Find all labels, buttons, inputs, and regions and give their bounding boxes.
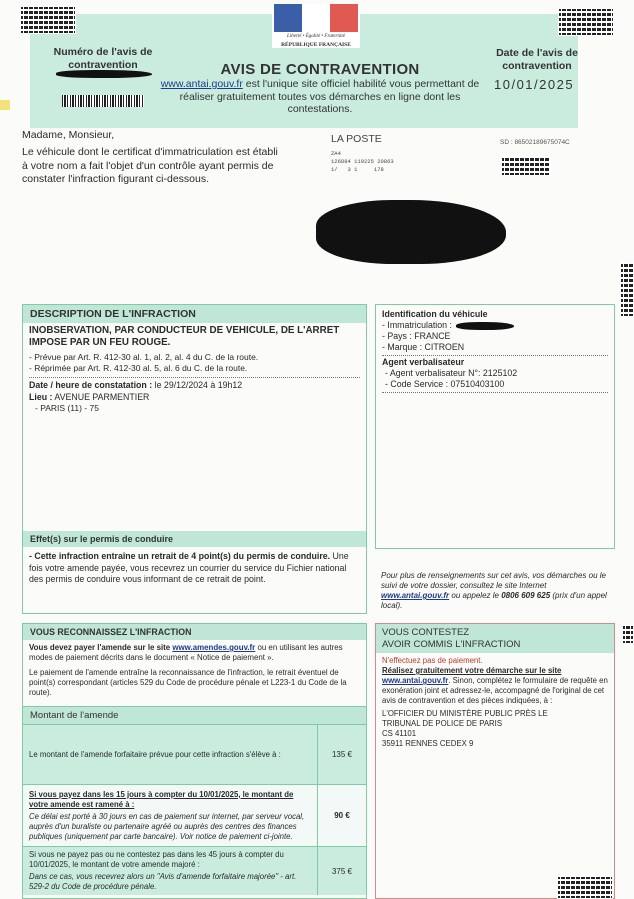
sd-code: SD : 86502189675074C (500, 139, 570, 146)
contest-warning: N'effectuez pas de paiement. (382, 656, 608, 666)
contest-free-action: Réalisez gratuitement votre démarche sur… (382, 666, 608, 676)
datamatrix-code (620, 262, 634, 317)
service-code: - Code Service : 07510403100 (382, 379, 608, 393)
amount-value: 90 € (318, 785, 366, 846)
amount-row: Le montant de l'amende forfaitaire prévu… (23, 724, 366, 784)
datamatrix-code (622, 624, 634, 644)
yellow-marker (0, 100, 10, 110)
payment-instructions: Vous devez payer l'amende sur le site ww… (29, 643, 360, 663)
agent-heading: Agent verbalisateur (382, 357, 608, 368)
redacted-notice-number (56, 70, 152, 78)
postal-codes: ZA4 126884 119225 20863 1/ 3 1 178 (331, 150, 394, 174)
salutation: Madame, Monsieur, (22, 129, 114, 143)
amount-row: Si vous payez dans les 15 jours à compte… (23, 784, 366, 846)
contest-instructions: www.antai.gouv.fr. Sinon, complétez le f… (382, 676, 608, 706)
notice-date-value: 10/01/2025 (494, 77, 574, 92)
contest-address: L'OFFICIER DU MINISTÈRE PUBLIC PRÈS LE T… (382, 709, 608, 749)
payment-consequence: Le paiement de l'amende entraîne la reco… (29, 668, 360, 698)
amount-value: 375 € (318, 847, 366, 895)
description-heading: DESCRIPTION DE L'INFRACTION (23, 305, 366, 323)
intro-text: Le véhicule dont le certificat d'immatri… (22, 146, 284, 187)
datamatrix-code (557, 876, 613, 899)
amount-heading: Montant de l'amende (23, 706, 366, 724)
contest-box: VOUS CONTESTEZ AVOIR COMMIS L'INFRACTION… (375, 623, 615, 899)
antai-contest-link[interactable]: www.antai.gouv.fr (382, 676, 448, 685)
amount-row: Si vous ne payez pas ou ne contestez pas… (23, 846, 366, 895)
amount-table: Le montant de l'amende forfaitaire prévu… (23, 724, 366, 895)
vehicle-country: - Pays : FRANCE (382, 331, 608, 342)
info-text: Pour plus de renseignements sur cet avis… (381, 571, 613, 611)
notice-number-label: Numéro de l'avis de contravention (48, 46, 158, 72)
postal-carrier: LA POSTE (331, 133, 382, 145)
description-box: DESCRIPTION DE L'INFRACTION INOBSERVATIO… (22, 304, 367, 614)
datamatrix-code (20, 6, 76, 34)
page-title: AVIS DE CONTRAVENTION (215, 61, 425, 78)
vehicle-box: Identification du véhicule - Immatricula… (375, 304, 615, 549)
punished-by: - Réprimée par Art. R. 412-30 al. 5, al.… (29, 363, 360, 378)
agent-number: - Agent verbalisateur N°: 2125102 (382, 368, 608, 379)
barcode (62, 95, 144, 107)
amount-value: 135 € (318, 725, 366, 784)
notice-date-label: Date de l'avis de contravention (482, 47, 592, 73)
license-effect: - Cette infraction entraîne un retrait d… (23, 547, 366, 590)
antai-link[interactable]: www.antai.gouv.fr (161, 78, 243, 90)
provided-by: - Prévue par Art. R. 412-30 al. 1, al. 2… (29, 352, 360, 363)
datamatrix-code (558, 8, 614, 36)
antai-info-link[interactable]: www.antai.gouv.fr (381, 591, 449, 600)
contest-heading: VOUS CONTESTEZ AVOIR COMMIS L'INFRACTION (376, 624, 614, 653)
tagline: www.antai.gouv.fr est l'unique site offi… (150, 78, 490, 116)
republique-francaise-logo: Liberté • Égalité • Fraternité RÉPUBLIQU… (272, 4, 360, 48)
amendes-link[interactable]: www.amendes.gouv.fr (172, 643, 255, 652)
offense-city: - PARIS (11) - 75 (29, 403, 360, 414)
phone-number: 0806 609 625 (501, 591, 550, 600)
offense-title: INOBSERVATION, PAR CONDUCTEUR DE VEHICUL… (29, 325, 360, 349)
license-heading: Effet(s) sur le permis de conduire (23, 531, 366, 547)
redacted-address (316, 200, 506, 264)
vehicle-brand: - Marque : CITROEN (382, 342, 608, 356)
acknowledge-heading: VOUS RECONNAISSEZ L'INFRACTION (23, 624, 366, 640)
offense-place: Lieu : AVENUE PARMENTIER (29, 392, 360, 404)
vehicle-heading: Identification du véhicule (382, 309, 608, 320)
acknowledge-box: VOUS RECONNAISSEZ L'INFRACTION Vous deve… (22, 623, 367, 899)
datamatrix-code (501, 156, 551, 176)
vehicle-plate: - Immatriculation : (382, 320, 608, 331)
offense-date: Date / heure de constatation : le 29/12/… (29, 380, 360, 392)
redacted-plate (456, 322, 514, 330)
